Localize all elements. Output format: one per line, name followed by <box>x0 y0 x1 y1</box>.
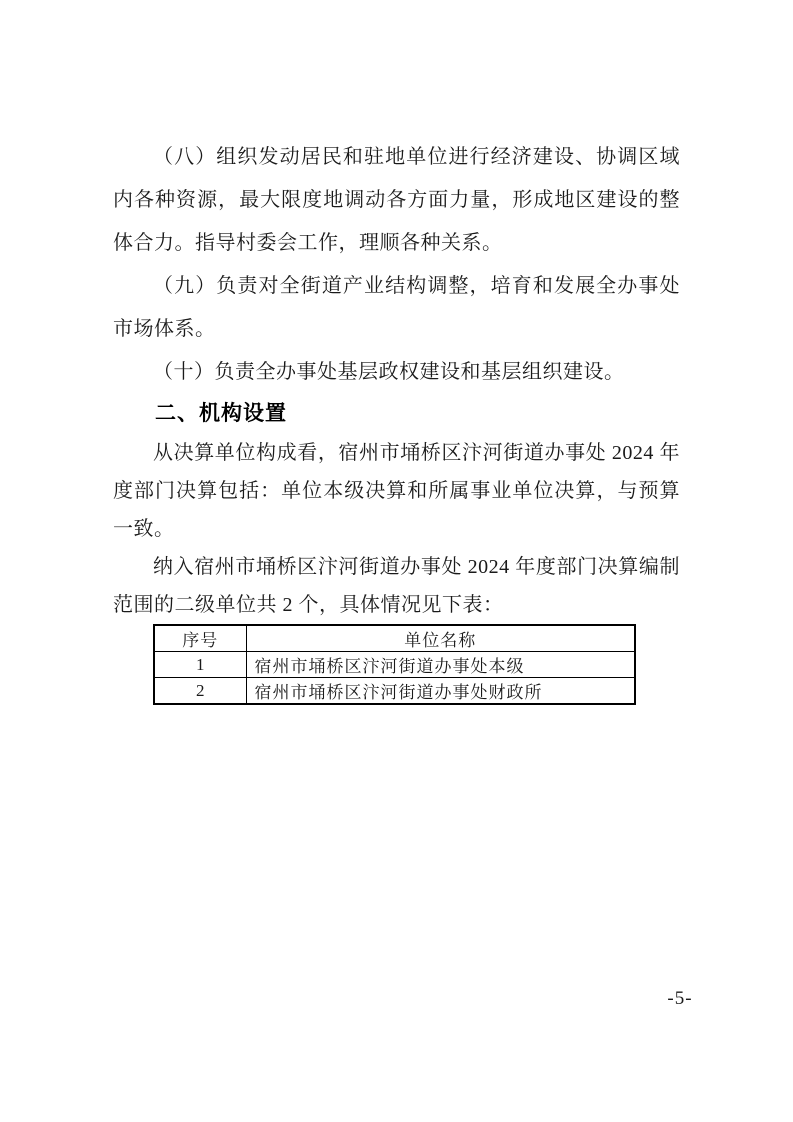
page-content: （八）组织发动居民和驻地单位进行经济建设、协调区域内各种资源，最大限度地调动各方… <box>113 136 680 705</box>
page-number: -5- <box>650 988 710 1010</box>
table-row: 1 宿州市埇桥区汴河街道办事处本级 <box>154 652 635 678</box>
cell-sequence: 1 <box>154 652 246 678</box>
cell-unit-name: 宿州市埇桥区汴河街道办事处本级 <box>246 652 635 678</box>
units-table: 序号 单位名称 1 宿州市埇桥区汴河街道办事处本级 2 宿州市埇桥区汴河街道办事… <box>153 624 636 705</box>
table-row: 2 宿州市埇桥区汴河街道办事处财政所 <box>154 678 635 705</box>
cell-unit-name: 宿州市埇桥区汴河街道办事处财政所 <box>246 678 635 705</box>
paragraph-duty-ten: （十）负责全办事处基层政权建设和基层组织建设。 <box>113 351 680 394</box>
paragraph-duty-eight: （八）组织发动居民和驻地单位进行经济建设、协调区域内各种资源，最大限度地调动各方… <box>113 136 680 265</box>
paragraph-duty-nine: （九）负责对全街道产业结构调整，培育和发展全办事处市场体系。 <box>113 265 680 351</box>
document-page: （八）组织发动居民和驻地单位进行经济建设、协调区域内各种资源，最大限度地调动各方… <box>0 0 793 1122</box>
header-cell-unit-name: 单位名称 <box>246 625 635 652</box>
table-header-row: 序号 单位名称 <box>154 625 635 652</box>
cell-sequence: 2 <box>154 678 246 705</box>
section-heading-organization-setup: 二、机构设置 <box>113 394 680 434</box>
paragraph-budget-composition: 从决算单位构成看，宿州市埇桥区汴河街道办事处 2024 年度部门决算包括：单位本… <box>113 434 680 548</box>
header-cell-sequence: 序号 <box>154 625 246 652</box>
paragraph-secondary-units: 纳入宿州市埇桥区汴河街道办事处 2024 年度部门决算编制范围的二级单位共 2 … <box>113 548 680 624</box>
